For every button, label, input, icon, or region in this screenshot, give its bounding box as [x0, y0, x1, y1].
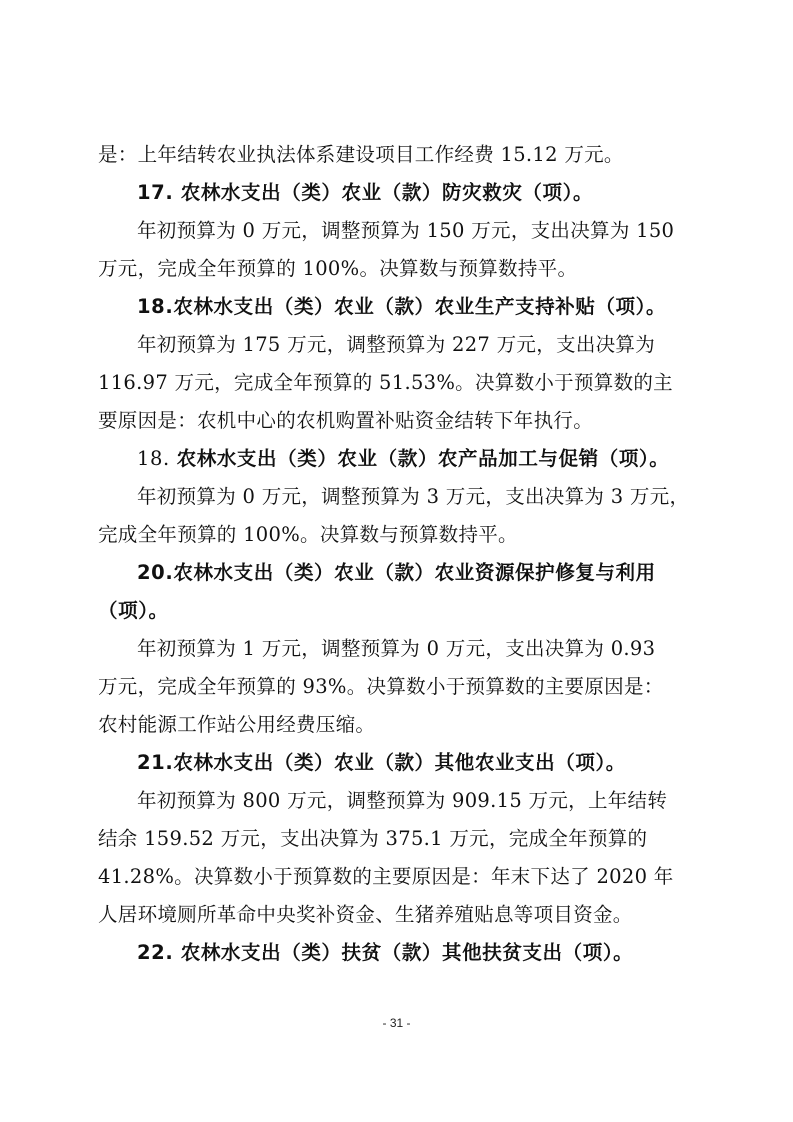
- section-heading-18b: 18. 农林水支出（类）农业（款）农产品加工与促销（项）。: [137, 447, 737, 471]
- paragraph-line: 116.97 万元，完成全年预算的 51.53%。决算数小于预算数的主: [98, 371, 698, 395]
- paragraph-line: 结余 159.52 万元，支出决算为 375.1 万元，完成全年预算的: [98, 827, 698, 851]
- paragraph-line: 41.28%。决算数小于预算数的主要原因是：年末下达了 2020 年: [98, 865, 698, 889]
- paragraph-line: 是：上年结转农业执法体系建设项目工作经费 15.12 万元。: [98, 143, 698, 167]
- paragraph-line: 万元，完成全年预算的 100%。决算数与预算数持平。: [98, 257, 698, 281]
- section-number: 18.: [137, 447, 177, 470]
- paragraph-line: 人居环境厕所革命中央奖补资金、生猪养殖贴息等项目资金。: [98, 903, 698, 927]
- section-heading-18: 18.农林水支出（类）农业（款）农业生产支持补贴（项）。: [137, 295, 737, 319]
- section-heading-22: 22. 农林水支出（类）扶贫（款）其他扶贫支出（项）。: [137, 941, 737, 965]
- paragraph-line: 年初预算为 0 万元，调整预算为 3 万元，支出决算为 3 万元，: [137, 485, 737, 509]
- paragraph-line: 年初预算为 1 万元，调整预算为 0 万元，支出决算为 0.93: [137, 637, 737, 661]
- paragraph-line: 年初预算为 800 万元，调整预算为 909.15 万元，上年结转: [137, 789, 737, 813]
- section-title: 农林水支出（类）农业（款）农产品加工与促销（项）。: [177, 447, 670, 470]
- paragraph-line: 年初预算为 175 万元，调整预算为 227 万元，支出决算为: [137, 333, 737, 357]
- section-heading-17: 17. 农林水支出（类）农业（款）防灾救灾（项）。: [137, 181, 737, 205]
- document-page: 是：上年结转农业执法体系建设项目工作经费 15.12 万元。 17. 农林水支出…: [0, 0, 793, 1122]
- section-heading-21: 21.农林水支出（类）农业（款）其他农业支出（项）。: [137, 751, 737, 775]
- paragraph-line: 要原因是：农机中心的农机购置补贴资金结转下年执行。: [98, 409, 698, 433]
- paragraph-line: 年初预算为 0 万元，调整预算为 150 万元，支出决算为 150: [137, 219, 737, 243]
- section-heading-20: 20.农林水支出（类）农业（款）农业资源保护修复与利用: [137, 561, 737, 585]
- section-heading-20-cont: （项）。: [98, 599, 698, 623]
- paragraph-line: 农村能源工作站公用经费压缩。: [98, 713, 698, 737]
- paragraph-line: 完成全年预算的 100%。决算数与预算数持平。: [98, 523, 698, 547]
- paragraph-line: 万元，完成全年预算的 93%。决算数小于预算数的主要原因是：: [98, 675, 698, 699]
- page-number: - 31 -: [0, 1016, 793, 1030]
